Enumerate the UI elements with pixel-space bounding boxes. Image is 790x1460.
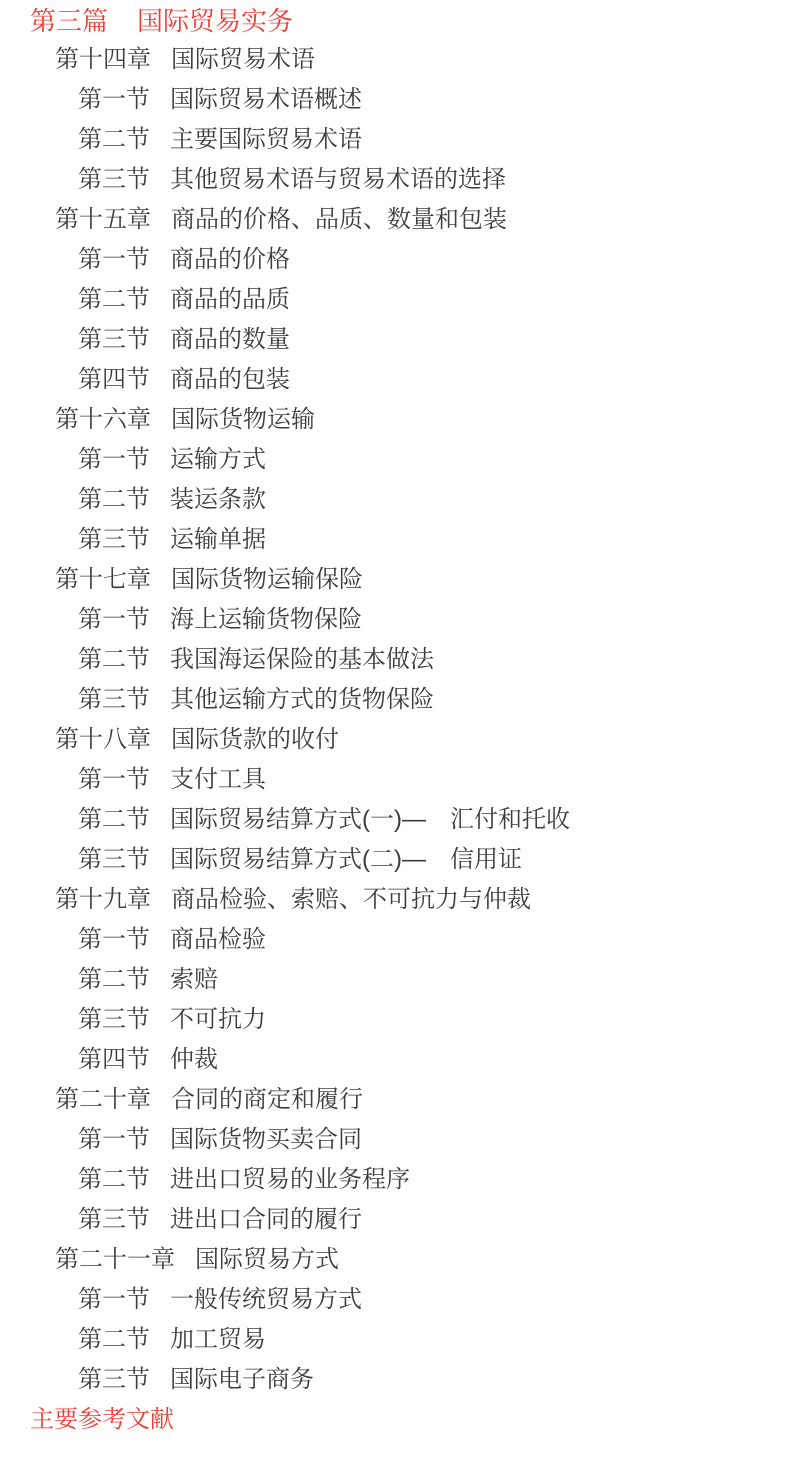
toc-section-row: 第三节 运输单据 [0, 520, 790, 560]
toc-entry-label: 第四节 [78, 1040, 150, 1080]
toc-entry-label: 第一节 [78, 920, 150, 960]
toc-section-row: 第一节 运输方式 [0, 440, 790, 480]
toc-entry-title: 国际货物运输 [171, 400, 315, 440]
toc-page: 第三篇 国际贸易实务 第十四章 国际贸易术语 第一节 国际贸易术语概述 第二节 … [0, 0, 790, 1460]
toc-entry-title: 合同的商定和履行 [171, 1080, 363, 1120]
toc-entry-title: 进出口贸易的业务程序 [170, 1160, 410, 1200]
toc-entry-title: 装运条款 [170, 480, 266, 520]
toc-entry-label: 第一节 [78, 240, 150, 280]
toc-entry-label: 第三节 [78, 160, 150, 200]
toc-entry-label: 第十七章 [55, 560, 151, 600]
toc-section-row: 第四节 商品的包装 [0, 360, 790, 400]
toc-chapter-row: 第十九章 商品检验、索赔、不可抗力与仲裁 [0, 880, 790, 920]
toc-section-row: 第一节 商品检验 [0, 920, 790, 960]
toc-entry-title: 运输方式 [170, 440, 266, 480]
part-heading-title: 国际贸易实务 [137, 3, 293, 40]
toc-section-row: 第一节 国际货物买卖合同 [0, 1120, 790, 1160]
toc-chapter-row: 第十四章 国际贸易术语 [0, 40, 790, 80]
part-heading: 第三篇 国际贸易实务 [0, 0, 790, 40]
toc-entry-title: 国际贸易方式 [195, 1240, 339, 1280]
toc-entry-label: 第二节 [78, 280, 150, 320]
toc-entry-title: 商品检验 [170, 920, 266, 960]
toc-entry-label: 第十五章 [55, 200, 151, 240]
toc-section-row: 第三节 国际贸易结算方式(二)— 信用证 [0, 840, 790, 880]
toc-entry-label: 第一节 [78, 440, 150, 480]
toc-entry-title: 国际贸易结算方式(二)— 信用证 [170, 840, 522, 880]
toc-entry-label: 第二节 [78, 1160, 150, 1200]
toc-entry-title: 国际货物运输保险 [171, 560, 363, 600]
toc-list: 第十四章 国际贸易术语 第一节 国际贸易术语概述 第二节 主要国际贸易术语 第三… [0, 40, 790, 1400]
toc-section-row: 第二节 我国海运保险的基本做法 [0, 640, 790, 680]
toc-entry-label: 第十四章 [55, 40, 151, 80]
toc-entry-label: 第三节 [78, 520, 150, 560]
toc-entry-label: 第二节 [78, 120, 150, 160]
part-heading-label: 第三篇 [30, 3, 108, 40]
toc-entry-title: 支付工具 [170, 760, 266, 800]
toc-entry-title: 国际贸易结算方式(一)— 汇付和托收 [170, 800, 570, 840]
toc-entry-title: 不可抗力 [170, 1000, 266, 1040]
toc-section-row: 第三节 国际电子商务 [0, 1360, 790, 1400]
toc-entry-title: 商品的数量 [170, 320, 290, 360]
toc-entry-label: 第四节 [78, 360, 150, 400]
toc-section-row: 第二节 国际贸易结算方式(一)— 汇付和托收 [0, 800, 790, 840]
toc-entry-label: 第十九章 [55, 880, 151, 920]
toc-entry-label: 第二节 [78, 800, 150, 840]
toc-section-row: 第四节 仲裁 [0, 1040, 790, 1080]
toc-entry-label: 第二节 [78, 1320, 150, 1360]
toc-chapter-row: 第十七章 国际货物运输保险 [0, 560, 790, 600]
toc-chapter-row: 第十五章 商品的价格、品质、数量和包装 [0, 200, 790, 240]
toc-entry-title: 国际电子商务 [170, 1360, 314, 1400]
toc-entry-title: 海上运输货物保险 [170, 600, 362, 640]
toc-entry-label: 第三节 [78, 1200, 150, 1240]
toc-section-row: 第一节 一般传统贸易方式 [0, 1280, 790, 1320]
toc-entry-label: 第一节 [78, 80, 150, 120]
toc-entry-title: 索赔 [170, 960, 218, 1000]
toc-entry-title: 运输单据 [170, 520, 266, 560]
toc-entry-title: 主要国际贸易术语 [170, 120, 362, 160]
toc-entry-label: 第二节 [78, 960, 150, 1000]
toc-entry-title: 其他贸易术语与贸易术语的选择 [170, 160, 506, 200]
toc-entry-title: 加工贸易 [170, 1320, 266, 1360]
toc-section-row: 第三节 不可抗力 [0, 1000, 790, 1040]
toc-section-row: 第三节 商品的数量 [0, 320, 790, 360]
toc-entry-title: 国际贸易术语概述 [170, 80, 362, 120]
toc-entry-label: 第三节 [78, 320, 150, 360]
toc-section-row: 第二节 加工贸易 [0, 1320, 790, 1360]
toc-entry-title: 商品的包装 [170, 360, 290, 400]
toc-entry-label: 第二十一章 [55, 1240, 175, 1280]
toc-entry-title: 国际贸易术语 [171, 40, 315, 80]
toc-entry-title: 一般传统贸易方式 [170, 1280, 362, 1320]
toc-entry-title: 商品检验、索赔、不可抗力与仲裁 [171, 880, 531, 920]
toc-entry-title: 进出口合同的履行 [170, 1200, 362, 1240]
toc-entry-label: 第一节 [78, 1280, 150, 1320]
toc-entry-label: 第二十章 [55, 1080, 151, 1120]
toc-chapter-row: 第十六章 国际货物运输 [0, 400, 790, 440]
toc-section-row: 第三节 其他运输方式的货物保险 [0, 680, 790, 720]
toc-section-row: 第一节 海上运输货物保险 [0, 600, 790, 640]
toc-entry-label: 第三节 [78, 1360, 150, 1400]
toc-section-row: 第二节 商品的品质 [0, 280, 790, 320]
toc-entry-label: 第三节 [78, 1000, 150, 1040]
toc-entry-label: 第一节 [78, 1120, 150, 1160]
toc-entry-title: 国际货物买卖合同 [170, 1120, 362, 1160]
toc-entry-title: 仲裁 [170, 1040, 218, 1080]
toc-entry-label: 第十六章 [55, 400, 151, 440]
toc-section-row: 第二节 进出口贸易的业务程序 [0, 1160, 790, 1200]
toc-entry-label: 第一节 [78, 600, 150, 640]
toc-entry-title: 商品的价格、品质、数量和包装 [171, 200, 507, 240]
toc-section-row: 第一节 支付工具 [0, 760, 790, 800]
toc-section-row: 第二节 主要国际贸易术语 [0, 120, 790, 160]
toc-entry-label: 第一节 [78, 760, 150, 800]
toc-chapter-row: 第二十章 合同的商定和履行 [0, 1080, 790, 1120]
toc-entry-title: 商品的价格 [170, 240, 290, 280]
toc-entry-title: 商品的品质 [170, 280, 290, 320]
toc-section-row: 第二节 装运条款 [0, 480, 790, 520]
toc-section-row: 第三节 其他贸易术语与贸易术语的选择 [0, 160, 790, 200]
toc-chapter-row: 第二十一章 国际贸易方式 [0, 1240, 790, 1280]
toc-section-row: 第二节 索赔 [0, 960, 790, 1000]
toc-entry-title: 国际货款的收付 [171, 720, 339, 760]
toc-chapter-row: 第十八章 国际货款的收付 [0, 720, 790, 760]
toc-entry-label: 第三节 [78, 680, 150, 720]
toc-entry-label: 第三节 [78, 840, 150, 880]
references-heading: 主要参考文献 [0, 1400, 790, 1440]
toc-entry-label: 第二节 [78, 640, 150, 680]
toc-section-row: 第一节 商品的价格 [0, 240, 790, 280]
toc-entry-title: 其他运输方式的货物保险 [170, 680, 434, 720]
toc-entry-title: 我国海运保险的基本做法 [170, 640, 434, 680]
toc-entry-label: 第十八章 [55, 720, 151, 760]
toc-section-row: 第一节 国际贸易术语概述 [0, 80, 790, 120]
toc-section-row: 第三节 进出口合同的履行 [0, 1200, 790, 1240]
toc-entry-label: 第二节 [78, 480, 150, 520]
